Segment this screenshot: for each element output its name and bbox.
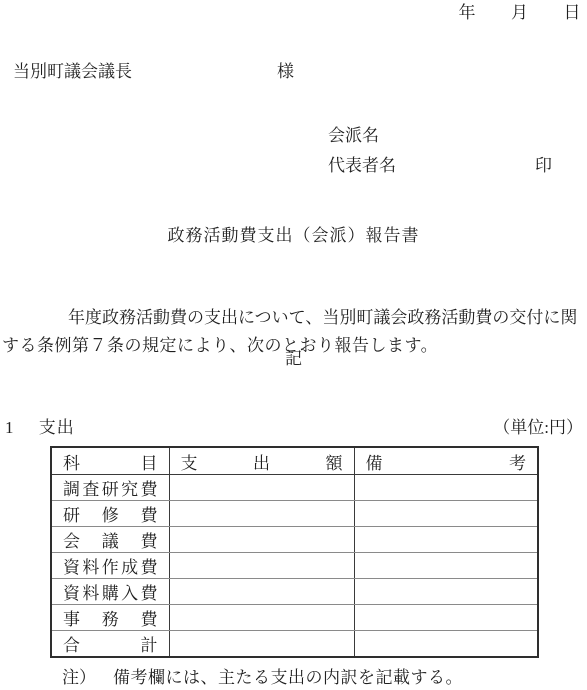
table-row: 会議費 [51, 527, 538, 553]
remarks-cell [354, 501, 538, 527]
addressee-name: 当別町議会議長 [13, 62, 132, 81]
footnote-marker: 注） [62, 668, 96, 687]
header-remarks: 備考 [354, 447, 538, 475]
ki-heading: 記 [0, 349, 587, 369]
date-line: 年 月 日 [459, 3, 582, 23]
category-cell: 研修費 [51, 501, 169, 527]
amount-cell [169, 579, 354, 605]
amount-cell [169, 553, 354, 579]
addressee-line: 当別町議会議長 様 [13, 62, 573, 82]
unit-label: （単位:円） [493, 418, 583, 438]
remarks-cell [354, 605, 538, 631]
header-amount: 支出額 [169, 447, 354, 475]
table-row: 合計 [51, 631, 538, 658]
category-cell: 会議費 [51, 527, 169, 553]
table-row: 資料購入費 [51, 579, 538, 605]
expense-table: 科目 支出額 備考 調査研究費 研修費 会議費 資料作成費 [50, 446, 539, 658]
faction-name-label: 会派名 [328, 126, 379, 146]
addressee-honorific: 様 [277, 62, 294, 82]
amount-cell [169, 501, 354, 527]
amount-cell [169, 527, 354, 553]
amount-cell [169, 631, 354, 658]
body-text-line1: 年度政務活動費の支出について、当別町議会政務活動費の交付に関 [0, 308, 587, 328]
table-row: 資料作成費 [51, 553, 538, 579]
table-row: 事務費 [51, 605, 538, 631]
category-cell: 事務費 [51, 605, 169, 631]
remarks-cell [354, 553, 538, 579]
category-cell: 資料購入費 [51, 579, 169, 605]
document-title: 政務活動費支出（会派）報告書 [0, 226, 587, 246]
amount-cell [169, 605, 354, 631]
table-header-row: 科目 支出額 備考 [51, 447, 538, 475]
footnote-text: 備考欄には、主たる支出の内訳を記載する。 [113, 668, 463, 687]
section-heading: 1 支出 （単位:円） [0, 418, 587, 438]
footnote-line: 注）備考欄には、主たる支出の内訳を記載する。 [62, 668, 463, 688]
amount-cell [169, 475, 354, 501]
remarks-cell [354, 631, 538, 658]
category-cell: 資料作成費 [51, 553, 169, 579]
report-form-page: 年 月 日 当別町議会議長 様 会派名 代表者名 印 政務活動費支出（会派）報告… [0, 0, 587, 690]
category-cell: 調査研究費 [51, 475, 169, 501]
representative-name-label: 代表者名 [328, 156, 396, 176]
section-number: 1 [5, 418, 14, 438]
section-label: 支出 [39, 418, 75, 438]
remarks-cell [354, 527, 538, 553]
remarks-cell [354, 475, 538, 501]
remarks-cell [354, 579, 538, 605]
table-row: 調査研究費 [51, 475, 538, 501]
header-category: 科目 [51, 447, 169, 475]
table-row: 研修費 [51, 501, 538, 527]
category-cell: 合計 [51, 631, 169, 658]
seal-mark: 印 [535, 156, 552, 176]
